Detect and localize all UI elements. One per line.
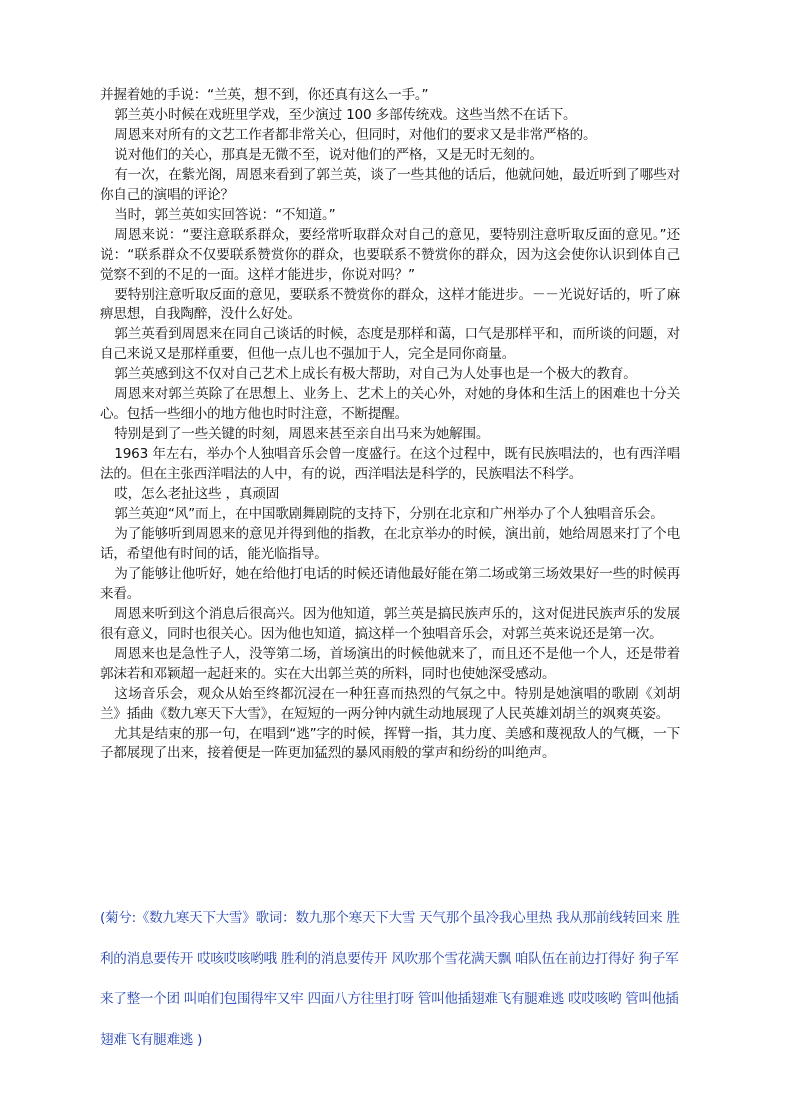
- paragraph: 哎，怎么老扯这些 ，真顽固: [100, 485, 680, 505]
- lyrics-note: (菊兮:《数九寒天下大雪》歌词：数九那个寒天下大雪 天气那个虽冷我心里热 我从那…: [100, 898, 685, 1060]
- paragraph: 特别是到了一些关键的时刻，周恩来甚至亲自出马来为她解围。: [100, 425, 680, 445]
- paragraph: 为了能够听到周恩来的意见并得到他的指教，在北京举办的时候，演出前，她给周恩来打了…: [100, 525, 680, 565]
- paragraph: 并握着她的手说：“兰英，想不到，你还真有这么一手。”: [100, 86, 680, 106]
- paragraph: 周恩来也是急性子人，没等第二场，首场演出的时候他就来了，而且还不是他一个人，还是…: [100, 645, 680, 685]
- paragraph: 这场音乐会，观众从始至终都沉浸在一种狂喜而热烈的气氛之中。特别是她演唱的歌剧《刘…: [100, 685, 680, 725]
- paragraph: 要特别注意听取反面的意见，要联系不赞赏你的群众，这样才能进步。－－光说好话的，听…: [100, 286, 680, 326]
- paragraph: 当时，郭兰英如实回答说：“不知道。”: [100, 206, 680, 226]
- paragraph: 1963 年左右，举办个人独唱音乐会曾一度盛行。在这个过程中，既有民族唱法的，也…: [100, 445, 680, 485]
- paragraph: 周恩来对所有的文艺工作者都非常关心，但同时，对他们的要求又是非常严格的。: [100, 126, 680, 146]
- paragraph: 郭兰英看到周恩来在同自己谈话的时候，态度是那样和蔼，口气是那样平和，而所谈的问题…: [100, 325, 680, 365]
- paragraph: 周恩来听到这个消息后很高兴。因为他知道，郭兰英是搞民族声乐的，这对促进民族声乐的…: [100, 605, 680, 645]
- paragraph: 郭兰英感到这不仅对自己艺术上成长有极大帮助，对自己为人处事也是一个极大的教育。: [100, 365, 680, 385]
- paragraph: 说对他们的关心，那真是无微不至，说对他们的严格，又是无时无刻的。: [100, 146, 680, 166]
- paragraph: 郭兰英小时候在戏班里学戏，至少演过 100 多部传统戏。这些当然不在话下。: [100, 106, 680, 126]
- paragraph: 为了能够让他听好，她在给他打电话的时候还请他最好能在第二场或第三场效果好一些的时…: [100, 565, 680, 605]
- paragraph: 尤其是结束的那一句，在唱到“逃”字的时候，挥臂一指，其力度、美感和蔑视敌人的气概…: [100, 725, 680, 765]
- paragraph: 郭兰英迎“风”而上，在中国歌剧舞剧院的支持下，分别在北京和广州举办了个人独唱音乐…: [100, 505, 680, 525]
- article-body: 并握着她的手说：“兰英，想不到，你还真有这么一手。” 郭兰英小时候在戏班里学戏，…: [100, 86, 680, 764]
- paragraph: 有一次，在紫光阁，周恩来看到了郭兰英，谈了一些其他的话后，他就问她，最近听到了哪…: [100, 166, 680, 206]
- paragraph: 周恩来对郭兰英除了在思想上、业务上、艺术上的关心外，对她的身体和生活上的困难也十…: [100, 385, 680, 425]
- paragraph: 周恩来说：“要注意联系群众，要经常听取群众对自己的意见，要特别注意听取反面的意见…: [100, 226, 680, 286]
